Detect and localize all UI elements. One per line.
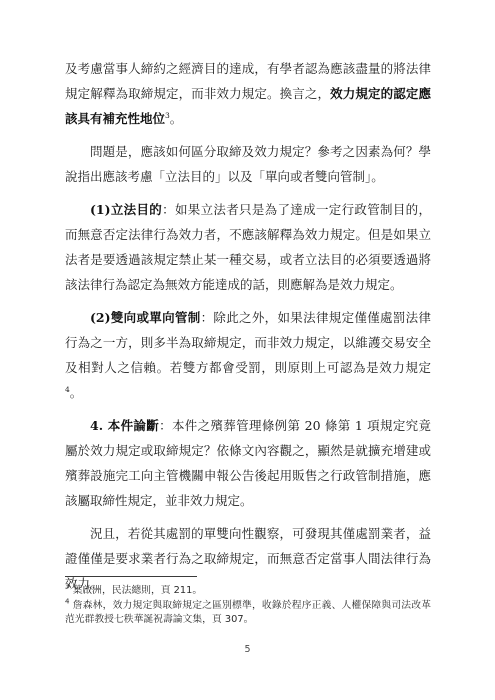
page-number: 5	[0, 644, 495, 655]
footnote-3-text: 葉啟洲，民法總則，頁 211。	[73, 585, 203, 596]
footnote-3: 3 葉啟洲，民法總則，頁 211。	[65, 584, 431, 599]
document-body: 及考慮當事人締約之經濟目的達成，有學者認為應該盡量的將法律規定解釋為取締規定，而…	[65, 56, 431, 604]
footnote-4-text: 詹森林，效力規定與取締規定之區別標準，收錄於程序正義、人權保障與司法改革范光群教…	[65, 600, 431, 626]
paragraph-5-heading: 4. 本件論斷	[90, 418, 159, 433]
footnote-4: 4 詹森林，效力規定與取締規定之區別標準，收錄於程序正義、人權保障與司法改革范光…	[65, 599, 431, 628]
paragraph-4: (2)雙向或單向管制：除此之外，如果法律規定僅僅處罰法律行為之一方，則多半為取締…	[65, 305, 431, 405]
paragraph-2-text: 問題是，應該如何區分取締及效力規定？參考之因素為何？學說指出應該考慮「立法目的」…	[65, 144, 431, 184]
paragraph-4-heading: (2)雙向或單向管制	[90, 310, 201, 325]
document-page: 及考慮當事人締約之經濟目的達成，有學者認為應該盡量的將法律規定解釋為取締規定，而…	[0, 0, 495, 700]
paragraph-1-tail: 。	[170, 111, 183, 126]
paragraph-4-tail: 。	[70, 385, 83, 400]
footnote-divider	[65, 576, 197, 577]
paragraph-1: 及考慮當事人締約之經濟目的達成，有學者認為應該盡量的將法律規定解釋為取締規定，而…	[65, 56, 431, 131]
paragraph-3: (1)立法目的：如果立法者只是為了達成一定行政管制目的，而無意否定法律行為效力者…	[65, 197, 431, 297]
footnote-3-marker: 3	[65, 583, 69, 591]
footnote-4-marker: 4	[65, 597, 69, 605]
paragraph-5: 4. 本件論斷：本件之殯葬管理條例第 20 條第 1 項規定究竟屬於效力規定或取…	[65, 413, 431, 513]
paragraph-3-heading: (1)立法目的	[90, 202, 162, 217]
paragraph-2: 問題是，應該如何區分取締及效力規定？參考之因素為何？學說指出應該考慮「立法目的」…	[65, 139, 431, 189]
footnote-section: 3 葉啟洲，民法總則，頁 211。 4 詹森林，效力規定與取締規定之區別標準，收…	[65, 576, 431, 628]
